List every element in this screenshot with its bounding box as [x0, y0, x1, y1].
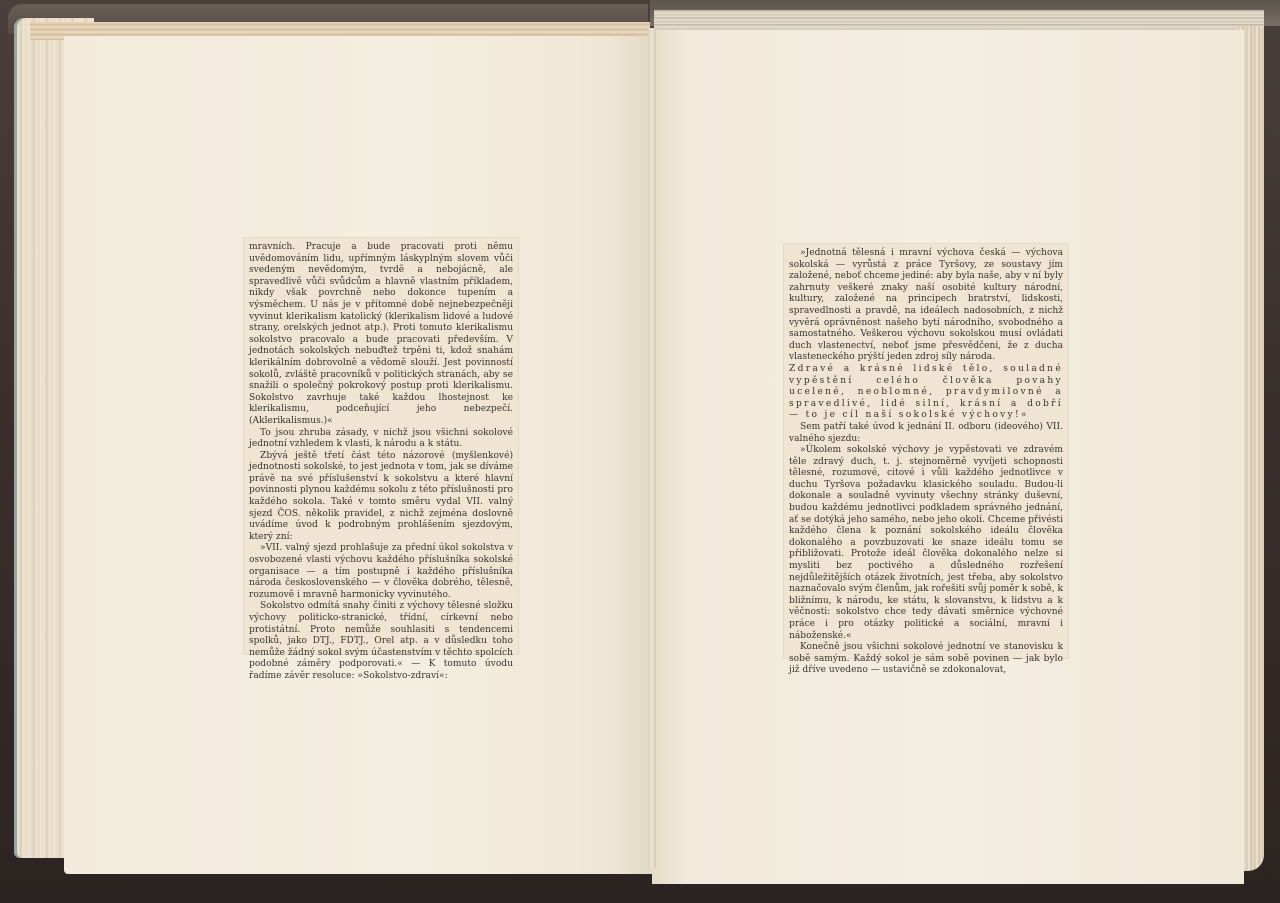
left-text-clipping: mravních. Pracuje a bude pracovati proti…	[244, 238, 518, 654]
book-gutter	[648, 28, 656, 868]
right-page-stack-top	[654, 10, 1264, 32]
paragraph: mravních. Pracuje a bude pracovati proti…	[249, 242, 513, 428]
paragraph: Konečně jsou všichni sokolové jednotní v…	[789, 642, 1063, 677]
paragraph: »VII. valný sjezd prohlašuje za přední ú…	[249, 543, 513, 601]
paragraph: »Úkolem sokolské výchovy je vypěstovati …	[789, 445, 1063, 642]
right-text-clipping: »Jednotná tělesná i mravní výchova česká…	[784, 244, 1068, 658]
paragraph: Zbývá ještě třetí část této názorové (my…	[249, 451, 513, 544]
paragraph: To jsou zhruba zásady, v nichž jsou všic…	[249, 428, 513, 451]
paragraph: Sem patří také úvod k jednání II. odboru…	[789, 422, 1063, 445]
paragraph-emphasized: Zdravé a krásné lidské tělo, souladné vy…	[789, 364, 1063, 422]
paragraph: »Jednotná tělesná i mravní výchova česká…	[789, 248, 1063, 364]
paragraph: Sokolstvo odmítá snahy činiti z výchovy …	[249, 601, 513, 682]
